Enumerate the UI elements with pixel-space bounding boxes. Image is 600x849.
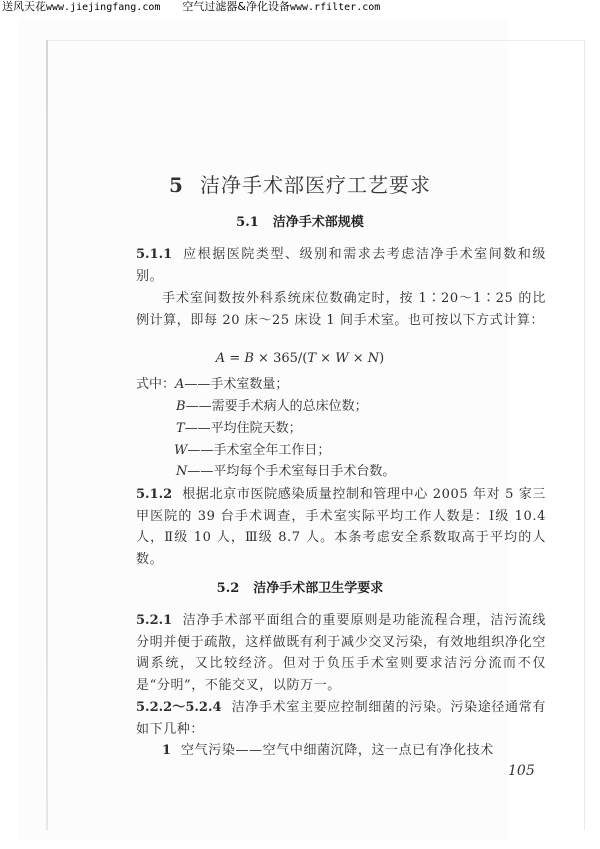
variable-desc: ——平均住院天数； xyxy=(185,421,302,436)
section-title-5-1: 5.1洁净手术部规模 xyxy=(0,214,600,232)
page-edge-right xyxy=(584,40,585,830)
clause-5-2-2-to-5-2-4: 5.2.2～5.2.4洁净手术室主要应控制细菌的污染。污染途径通常有如下几种： xyxy=(136,697,546,740)
clause-number: 5.2.2～5.2.4 xyxy=(136,700,222,715)
variable-desc: ——需要手术病人的总床位数； xyxy=(186,399,368,414)
clause-5-2-1: 5.2.1洁净手术部平面组合的重要原则是功能流程合理，洁污流线分明并便于疏散，这… xyxy=(136,610,546,696)
page-edge-top xyxy=(46,40,586,41)
watermark-right-brand: 空气过滤器&净化设备 xyxy=(182,0,290,13)
chapter-title-text: 洁净手术部医疗工艺要求 xyxy=(200,173,431,197)
list-item-1: 1空气污染——空气中细菌沉降，这一点已有净化技术 xyxy=(136,740,546,762)
clause-text: 应根据医院类型、级别和需求去考虑洁净手术室间数和级别。 xyxy=(136,247,546,284)
variable-row-t: T——平均住院天数； xyxy=(176,419,302,439)
watermark-right-url[interactable]: www.rfilter.com xyxy=(290,2,380,13)
clause-5-1-1-paragraph-2: 手术室间数按外科系统床位数确定时，按 1∶20～1∶25 的比例计算，即每 20… xyxy=(136,288,546,331)
watermark-header: 送风天花www.jiejingfang.com空气过滤器&净化设备www.rfi… xyxy=(2,0,380,14)
list-item-number: 1 xyxy=(162,743,171,758)
variable-symbol: T xyxy=(176,419,185,439)
variable-row-w: W——手术室全年工作日； xyxy=(174,441,330,461)
list-item-text: 空气污染——空气中细菌沉降，这一点已有净化技术 xyxy=(181,743,494,758)
variable-row-b: B——需要手术病人的总床位数； xyxy=(176,397,368,417)
section-title-text: 洁净手术部规模 xyxy=(273,215,364,230)
page-edge-left xyxy=(46,40,48,830)
clause-5-1-1: 5.1.1应根据医院类型、级别和需求去考虑洁净手术室间数和级别。 xyxy=(136,244,546,287)
variable-symbol: W xyxy=(174,441,187,461)
formula: A = B × 365/(T × W × N) xyxy=(0,350,600,368)
variable-desc: ——手术室数量； xyxy=(184,377,288,392)
variable-symbol: B xyxy=(176,397,186,417)
chapter-title: 5洁净手术部医疗工艺要求 xyxy=(0,172,600,198)
watermark-left-brand: 送风天花 xyxy=(2,0,46,13)
section-title-text: 洁净手术部卫生学要求 xyxy=(253,581,383,596)
variable-symbol: N xyxy=(176,462,187,482)
section-number: 5.2 xyxy=(217,581,240,596)
variable-symbol: A xyxy=(175,375,184,395)
clause-number: 5.1.2 xyxy=(136,487,172,502)
clause-text: 根据北京市医院感染质量控制和管理中心 2005 年对 5 家三甲医院的 39 台… xyxy=(136,487,546,567)
variable-desc: ——手术室全年工作日； xyxy=(187,443,330,458)
where-label: 式中： xyxy=(136,377,175,392)
variable-row-n: N——平均每个手术室每日手术台数。 xyxy=(176,462,395,482)
section-number: 5.1 xyxy=(236,215,259,230)
chapter-number: 5 xyxy=(169,173,184,197)
variable-desc: ——平均每个手术室每日手术台数。 xyxy=(187,464,395,479)
section-title-5-2: 5.2洁净手术部卫生学要求 xyxy=(0,580,600,598)
clause-text: 洁净手术部平面组合的重要原则是功能流程合理，洁污流线分明并便于疏散，这样做既有利… xyxy=(136,613,546,693)
variable-row-a: 式中：A——手术室数量； xyxy=(136,375,288,395)
page-number: 105 xyxy=(508,763,535,779)
clause-number: 5.2.1 xyxy=(136,613,172,628)
watermark-left-url[interactable]: www.jiejingfang.com xyxy=(46,2,160,13)
clause-number: 5.1.1 xyxy=(136,247,172,262)
clause-5-1-2: 5.1.2根据北京市医院感染质量控制和管理中心 2005 年对 5 家三甲医院的… xyxy=(136,484,546,570)
